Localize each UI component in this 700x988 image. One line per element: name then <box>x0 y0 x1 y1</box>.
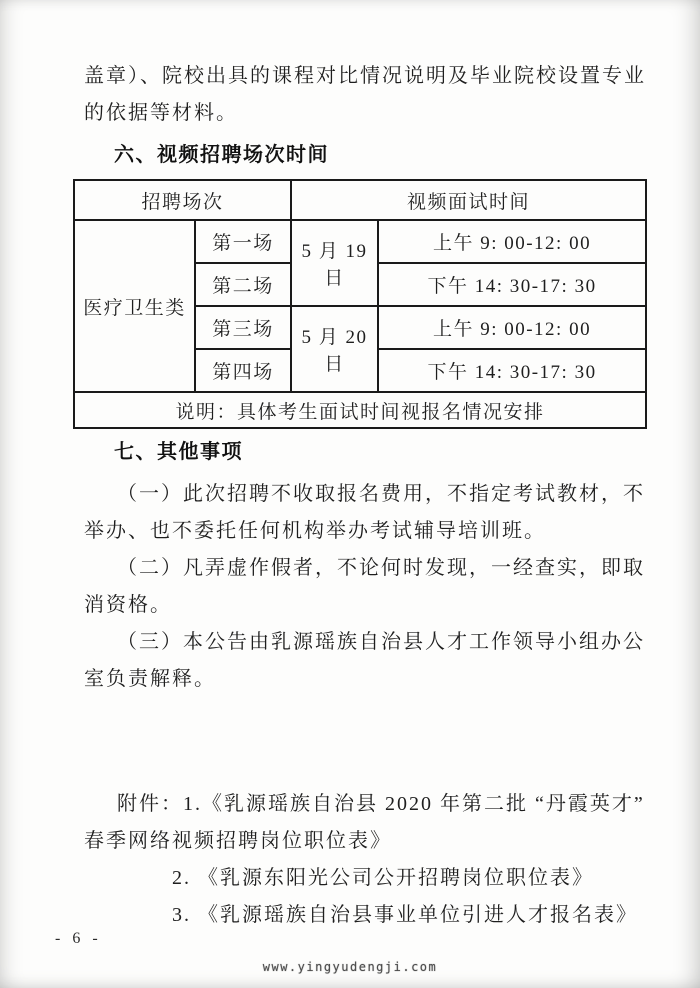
document-content: 盖章）、院校出具的课程对比情况说明及毕业院校设置专业 的依据等材料。 六、视频招… <box>84 58 620 934</box>
table-note-row: 说明：具体考生面试时间视报名情况安排 <box>74 392 646 428</box>
time-cell-3: 上午 9: 00-12: 00 <box>378 306 646 349</box>
page-number: - 6 - <box>55 930 102 948</box>
table-row: 医疗卫生类 第一场 5 月 19 日 上午 9: 00-12: 00 <box>74 220 646 263</box>
paragraph-one-line-1: （一）此次招聘不收取报名费用，不指定考试教材，不 <box>84 476 620 513</box>
attachment-three: 3. 《乳源瑶族自治县事业单位引进人才报名表》 <box>84 897 620 934</box>
date-cell-2: 5 月 20 日 <box>291 306 378 392</box>
section-six-heading: 六、视频招聘场次时间 <box>84 140 620 170</box>
attachment-one-line-2: 春季网络视频招聘岗位职位表》 <box>84 823 620 860</box>
session-cell-1: 第一场 <box>195 220 291 263</box>
session-cell-3: 第三场 <box>195 306 291 349</box>
paragraph-three-line-1: （三）本公告由乳源瑶族自治县人才工作领导小组办公 <box>84 624 620 661</box>
attachments-block: 附件：1.《乳源瑶族自治县 2020 年第二批 “丹霞英才” 春季网络视频招聘岗… <box>84 786 620 934</box>
document-page: 盖章）、院校出具的课程对比情况说明及毕业院校设置专业 的依据等材料。 六、视频招… <box>0 0 700 988</box>
paragraph-one-line-2: 举办、也不委托任何机构举办考试辅导培训班。 <box>84 513 620 550</box>
time-cell-1: 上午 9: 00-12: 00 <box>378 220 646 263</box>
session-cell-2: 第二场 <box>195 263 291 306</box>
intro-line-2: 的依据等材料。 <box>84 95 620 132</box>
attachment-one-line-1: 附件：1.《乳源瑶族自治县 2020 年第二批 “丹霞英才” <box>84 786 620 823</box>
time-cell-2: 下午 14: 30-17: 30 <box>378 263 646 306</box>
category-cell: 医疗卫生类 <box>74 220 195 392</box>
intro-line-1: 盖章）、院校出具的课程对比情况说明及毕业院校设置专业 <box>84 58 620 95</box>
watermark-url: www.yingyudengji.com <box>0 960 700 974</box>
paragraph-two-line-1: （二）凡弄虚作假者，不论何时发现，一经查实，即取 <box>84 550 620 587</box>
schedule-table: 招聘场次 视频面试时间 医疗卫生类 第一场 5 月 19 日 上午 9: 00-… <box>73 179 647 429</box>
header-cell-time: 视频面试时间 <box>291 180 646 220</box>
note-cell: 说明：具体考生面试时间视报名情况安排 <box>74 392 646 428</box>
session-cell-4: 第四场 <box>195 349 291 392</box>
table-header-row: 招聘场次 视频面试时间 <box>74 180 646 220</box>
attachment-two: 2. 《乳源东阳光公司公开招聘岗位职位表》 <box>84 860 620 897</box>
date-cell-1: 5 月 19 日 <box>291 220 378 306</box>
time-cell-4: 下午 14: 30-17: 30 <box>378 349 646 392</box>
header-cell-session: 招聘场次 <box>74 180 291 220</box>
paragraph-two-line-2: 消资格。 <box>84 587 620 624</box>
section-seven-heading: 七、其他事项 <box>84 437 620 467</box>
paragraph-three-line-2: 室负责解释。 <box>84 661 620 698</box>
